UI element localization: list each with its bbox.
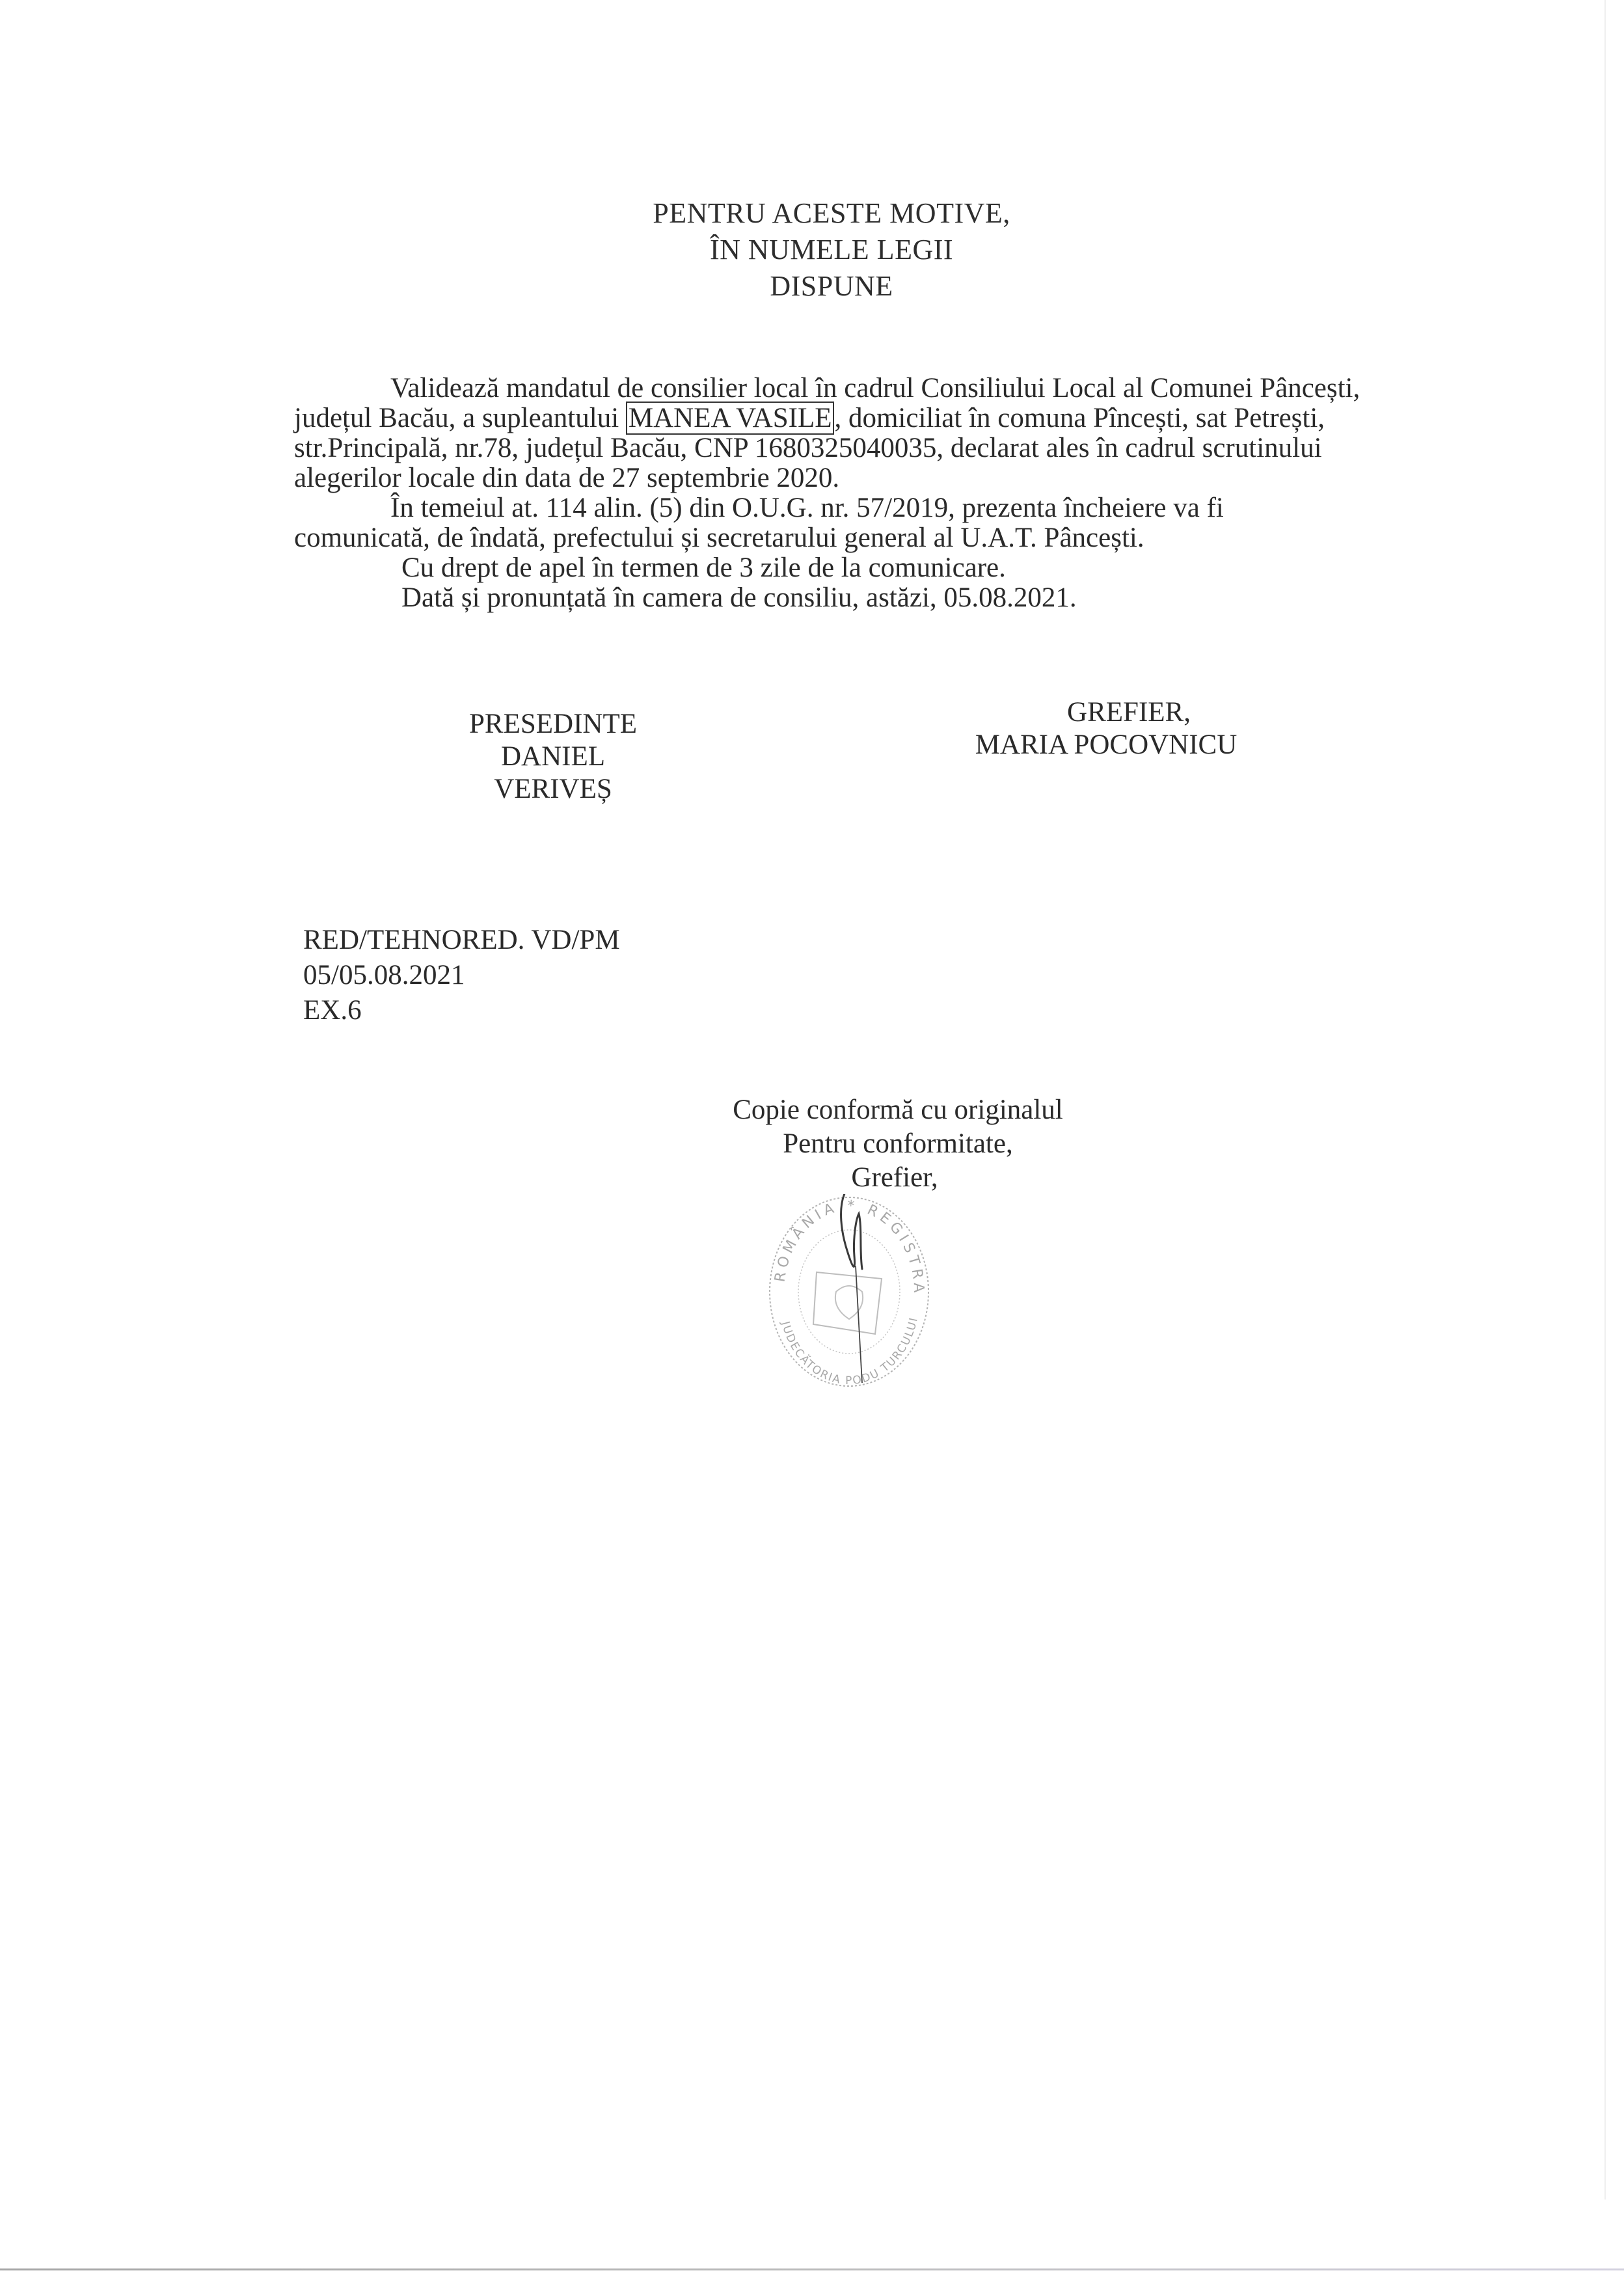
body-line: județul Bacău, a supleantului MANEA VASI…	[294, 403, 1213, 433]
scan-edge-right	[1604, 0, 1606, 2200]
body-line: alegerilor locale din data de 27 septemb…	[294, 463, 1213, 493]
body-line: str.Principală, nr.78, județul Bacău, CN…	[294, 433, 1213, 463]
svg-text:JUDECĂTORIA PODU TURCULUI: JUDECĂTORIA PODU TURCULUI	[778, 1316, 921, 1387]
body-line-text: județul Bacău, a supleantului	[294, 403, 626, 433]
clerk-title: GREFIER,	[937, 696, 1275, 729]
reference-copies: EX.6	[303, 993, 620, 1028]
cert-for-conformity: Pentru conformitate,	[703, 1127, 1093, 1161]
certification-block: Copie conformă cu originalul Pentru conf…	[703, 1093, 1093, 1195]
signature-clerk: GREFIER, MARIA POCOVNICU	[937, 696, 1275, 761]
clerk-name: MARIA POCOVNICU	[937, 729, 1275, 761]
paragraph-pronounced: Dată și pronunțată în camera de consiliu…	[294, 583, 1213, 613]
reference-block: RED/TEHNORED. VD/PM 05/05.08.2021 EX.6	[303, 923, 620, 1028]
cert-copy-conform: Copie conformă cu originalul	[703, 1093, 1093, 1127]
boxed-name: MANEA VASILE	[626, 402, 835, 435]
body-line: Validează mandatul de consilier local în…	[294, 374, 1213, 403]
paragraph-appeal: Cu drept de apel în termen de 3 zile de …	[294, 553, 1213, 583]
body-line: În temeiul at. 114 alin. (5) din O.U.G. …	[294, 493, 1213, 523]
paragraph-communication: În temeiul at. 114 alin. (5) din O.U.G. …	[294, 493, 1213, 553]
reference-editor: RED/TEHNORED. VD/PM	[303, 923, 620, 958]
heading-line-motives: PENTRU ACESTE MOTIVE,	[0, 195, 1624, 232]
reference-date: 05/05.08.2021	[303, 958, 620, 993]
body-line-text: , domiciliat în comuna Pîncești, sat Pet…	[834, 403, 1325, 433]
president-title: PRESEDINTE	[455, 708, 651, 741]
signature-president: PRESEDINTE DANIEL VERIVEȘ	[455, 708, 651, 806]
stamp-seal-icon: ROMÂNIA * REGISTRATURA JUDECĂTORIA PODU …	[765, 1194, 934, 1389]
body-line: comunicată, de îndată, prefectului și se…	[294, 523, 1213, 553]
heading-line-dispune: DISPUNE	[0, 268, 1624, 305]
cert-clerk: Grefier,	[696, 1161, 1093, 1195]
ruling-body: Validează mandatul de consilier local în…	[294, 374, 1213, 613]
document-page: PENTRU ACESTE MOTIVE, ÎN NUMELE LEGII DI…	[0, 0, 1624, 2275]
stamp-bottom-text: JUDECĂTORIA PODU TURCULUI	[778, 1316, 921, 1387]
scan-edge-bottom	[0, 2268, 1624, 2270]
heading-line-law: ÎN NUMELE LEGII	[0, 232, 1624, 268]
court-stamp: ROMÂNIA * REGISTRATURA JUDECĂTORIA PODU …	[765, 1194, 934, 1389]
document-heading: PENTRU ACESTE MOTIVE, ÎN NUMELE LEGII DI…	[0, 195, 1624, 305]
paragraph-validation: Validează mandatul de consilier local în…	[294, 374, 1213, 493]
president-name: DANIEL VERIVEȘ	[455, 741, 651, 806]
